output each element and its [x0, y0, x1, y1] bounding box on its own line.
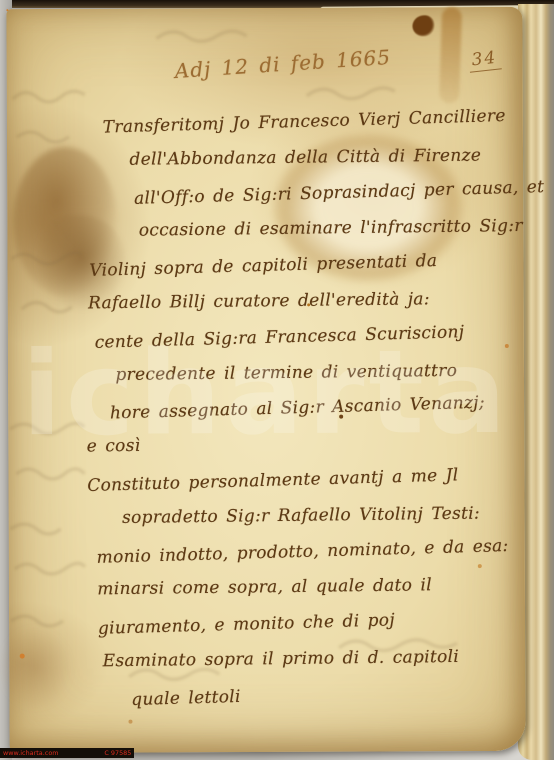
watermark-catalog-code: C 97585: [104, 748, 131, 757]
watermark-bar: www.icharta.com C 97585: [0, 748, 134, 758]
manuscript-text-block: Transferitomj Jo Francesco Vierj Cancill…: [81, 108, 522, 724]
page-number-value: 34: [468, 47, 502, 72]
manuscript-page: 34 Adj 12 di feb 1665 Transferitomj Jo F…: [6, 7, 525, 753]
manuscript-scan-photo: 34 Adj 12 di feb 1665 Transferitomj Jo F…: [0, 0, 554, 760]
page-number: 34: [468, 47, 502, 70]
watermark-site-url: www.icharta.com: [3, 748, 59, 757]
